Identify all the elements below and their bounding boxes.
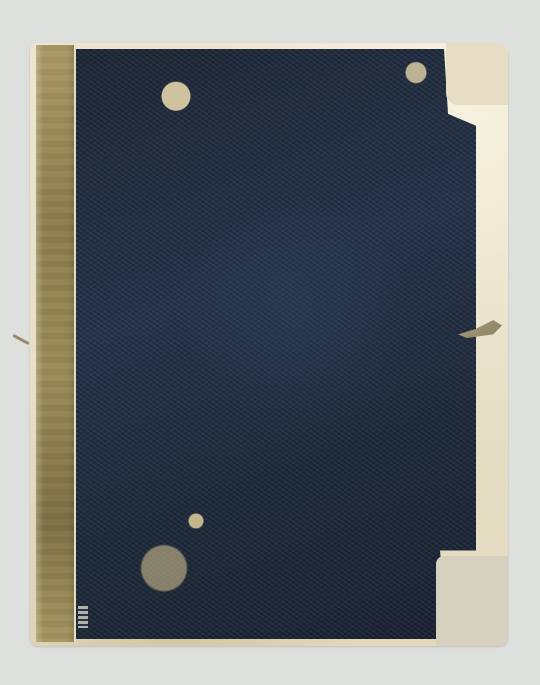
worn-corner-bottom-right bbox=[436, 556, 508, 646]
label-fragment bbox=[78, 606, 88, 628]
blue-cloth-covering bbox=[76, 49, 476, 639]
book-cover bbox=[30, 43, 508, 646]
leather-spine bbox=[36, 45, 76, 642]
worn-corner-top-right bbox=[446, 43, 508, 105]
loose-thread bbox=[12, 334, 29, 345]
